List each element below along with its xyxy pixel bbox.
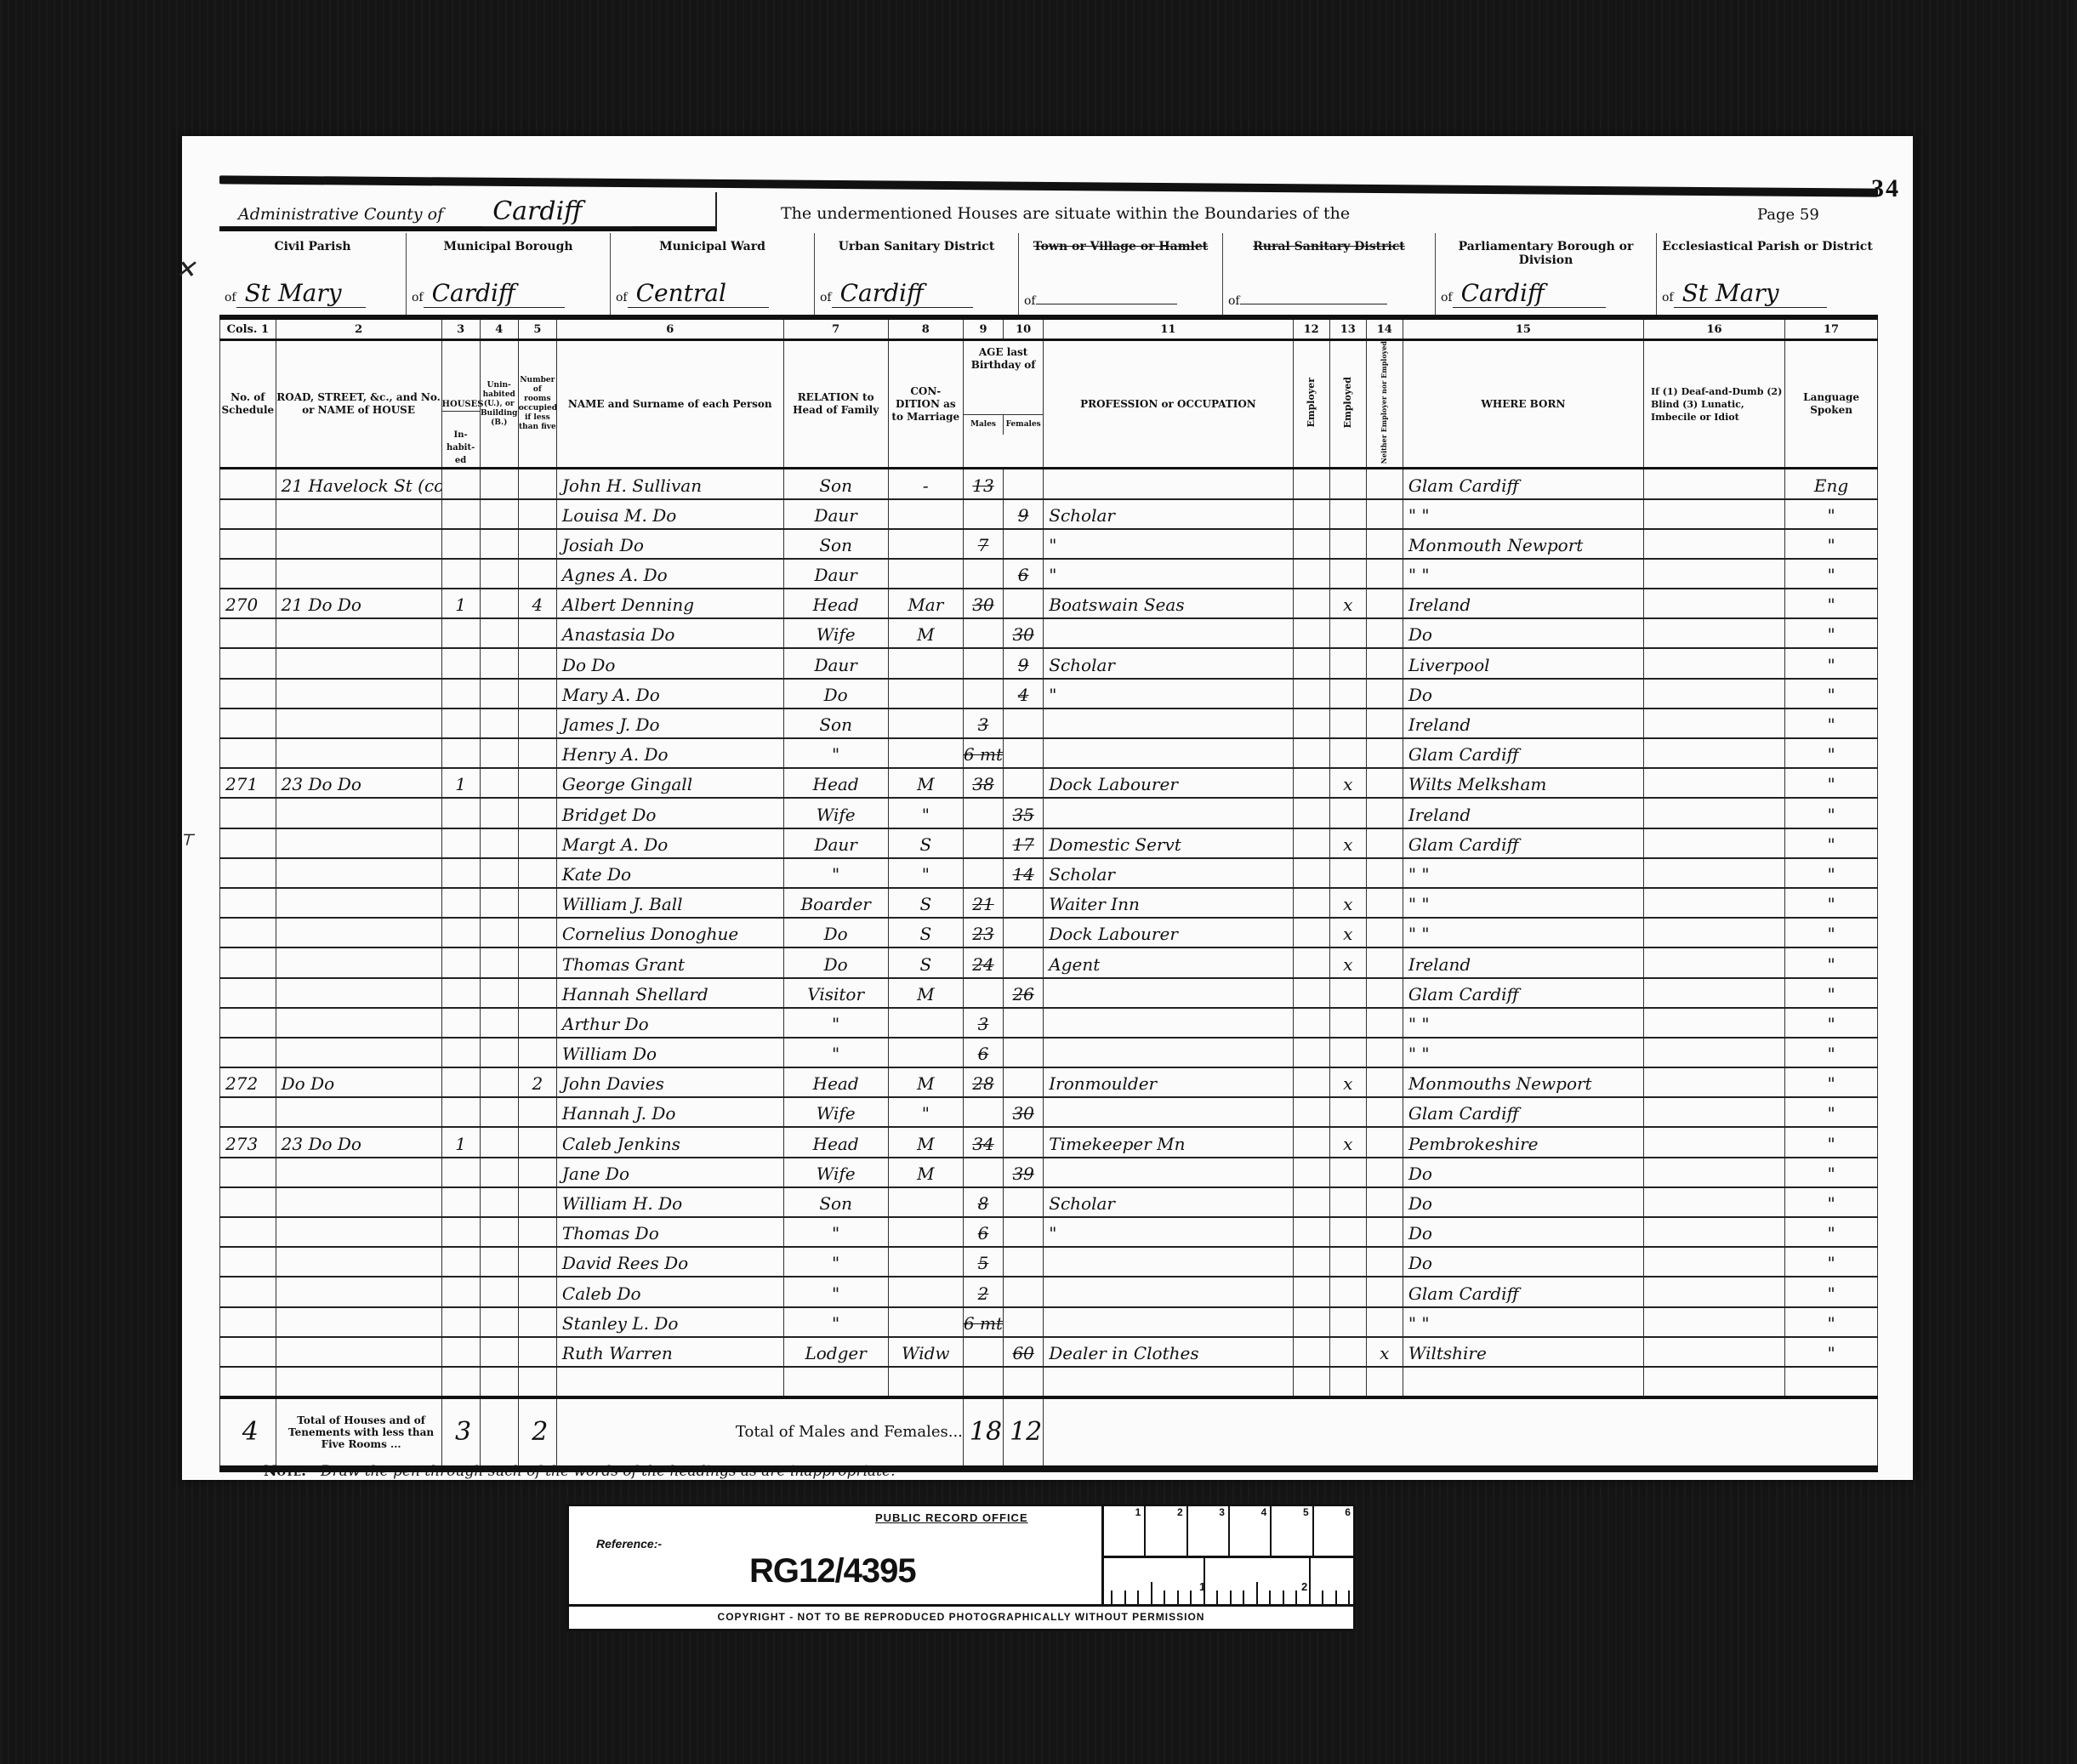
- column-headings: No. of Schedule ROAD, STREET, &c., and N…: [220, 340, 1878, 469]
- cell-employer: [1293, 1337, 1329, 1367]
- cell-address: Do Do: [276, 1067, 441, 1097]
- cell-age-m: 2: [963, 1277, 1003, 1306]
- division-parliamentary-borough-or-division: Parliamentary Borough or DivisionofCardi…: [1436, 233, 1657, 315]
- cell-schedule: [220, 708, 276, 738]
- cell-age-f: [1004, 1038, 1044, 1067]
- cell-where-born: Glam Cardiff: [1403, 828, 1643, 858]
- census-row: Hannah ShellardVisitorM26Glam Cardiff": [220, 978, 1878, 1008]
- cell-inhabited: [441, 679, 480, 708]
- cell-employer: [1293, 798, 1329, 828]
- division-of-label: of: [1441, 291, 1453, 304]
- heading-uninhabited: Unin-habited (U.), or Building (B.): [480, 340, 518, 469]
- cell-age-m: 6 mths: [963, 738, 1003, 768]
- cell-address: [276, 1337, 441, 1367]
- cell-name: Arthur Do: [556, 1008, 783, 1038]
- cell-neither: [1366, 1158, 1403, 1187]
- cell-employed: [1329, 1247, 1366, 1277]
- cell-age-m: [963, 828, 1003, 858]
- cell-name: Josiah Do: [556, 529, 783, 559]
- cell-infirmity: [1643, 1097, 1784, 1127]
- census-row: Kate Do""14Scholar" "": [220, 858, 1878, 888]
- cell-occupation: [1044, 798, 1293, 828]
- cell-where-born: Ireland: [1403, 798, 1643, 828]
- division-of-label: of: [225, 291, 236, 304]
- census-row: Arthur Do"3" "": [220, 1008, 1878, 1038]
- cell-inhabited: [441, 858, 480, 888]
- cell-name: George Gingall: [556, 768, 783, 798]
- cell-condition: ": [888, 858, 963, 888]
- cell-rooms: [518, 708, 556, 738]
- ruler-inch-mark: 1: [1199, 1580, 1205, 1593]
- cell-employed: x: [1329, 888, 1366, 918]
- census-row: Agnes A. DoDaur6"" "": [220, 559, 1878, 589]
- heading-schedule: No. of Schedule: [220, 340, 276, 469]
- cell-name: Jane Do: [556, 1158, 783, 1187]
- cell-schedule: 272: [220, 1067, 276, 1097]
- cell-language: ": [1785, 679, 1878, 708]
- cell-uninhabited: [480, 529, 518, 559]
- cell-schedule: [220, 1307, 276, 1337]
- heading-males: Males: [964, 415, 1004, 435]
- cell-schedule: [220, 559, 276, 589]
- cell-age-f: 14: [1004, 858, 1044, 888]
- cell-where-born: " ": [1403, 499, 1643, 529]
- cell-infirmity: [1643, 618, 1784, 648]
- heading-inhabited: HOUSESIn-habit-ed: [441, 340, 480, 469]
- heading-name: NAME and Surname of each Person: [556, 340, 783, 469]
- cell-neither: [1366, 888, 1403, 918]
- cell-where-born: Do: [1403, 618, 1643, 648]
- census-form: Administrative County of Cardiff The und…: [219, 182, 1878, 1458]
- cell-condition: M: [888, 768, 963, 798]
- cell-employer: [1293, 1187, 1329, 1217]
- cell-occupation: [1044, 618, 1293, 648]
- total-uninhabited: [480, 1397, 518, 1469]
- cell-age-m: 28: [963, 1067, 1003, 1097]
- census-row: Do DoDaur9ScholarLiverpool": [220, 648, 1878, 678]
- division-value-line: ofCardiff: [412, 279, 601, 308]
- cell-relation: ": [783, 1038, 888, 1067]
- cell-infirmity: [1643, 499, 1784, 529]
- cell-inhabited: [441, 529, 480, 559]
- column-number: 14: [1366, 320, 1403, 340]
- total-schedules: 4: [220, 1397, 276, 1469]
- cell-name: Stanley L. Do: [556, 1307, 783, 1337]
- division-ecclesiastical-parish-or-district: Ecclesiastical Parish or DistrictofSt Ma…: [1657, 233, 1878, 315]
- cell-language: [1785, 1367, 1878, 1397]
- cell-rooms: [518, 1367, 556, 1397]
- cell-condition: M: [888, 618, 963, 648]
- cell-age-m: 38: [963, 768, 1003, 798]
- cell-occupation: [1044, 1367, 1293, 1397]
- cell-condition: M: [888, 978, 963, 1008]
- cell-language: ": [1785, 499, 1878, 529]
- cell-schedule: [220, 858, 276, 888]
- cell-occupation: [1044, 708, 1293, 738]
- cell-relation: Daur: [783, 499, 888, 529]
- cell-uninhabited: [480, 1247, 518, 1277]
- cell-relation: Do: [783, 679, 888, 708]
- cell-occupation: Ironmoulder: [1044, 1067, 1293, 1097]
- cell-name: Cornelius Donoghue: [556, 918, 783, 947]
- cell-employed: [1329, 1367, 1366, 1397]
- cell-inhabited: [441, 469, 480, 499]
- cell-schedule: [220, 499, 276, 529]
- cell-schedule: [220, 798, 276, 828]
- cell-language: ": [1785, 1187, 1878, 1217]
- cell-relation: Wife: [783, 1158, 888, 1187]
- cell-address: [276, 708, 441, 738]
- cell-name: William J. Ball: [556, 888, 783, 918]
- cell-age-m: 6: [963, 1217, 1003, 1247]
- ruler-cm-mark: 3: [1188, 1506, 1230, 1556]
- cell-inhabited: 1: [441, 1127, 480, 1157]
- cell-relation: Son: [783, 708, 888, 738]
- cell-schedule: [220, 738, 276, 768]
- cell-employed: [1329, 648, 1366, 678]
- cell-age-m: 6: [963, 1038, 1003, 1067]
- division-label: Ecclesiastical Parish or District: [1657, 240, 1878, 253]
- cell-condition: S: [888, 947, 963, 977]
- cell-age-f: [1004, 589, 1044, 618]
- cell-employer: [1293, 469, 1329, 499]
- cell-address: [276, 1217, 441, 1247]
- cell-occupation: [1044, 1008, 1293, 1038]
- cell-occupation: ": [1044, 1217, 1293, 1247]
- cell-name: Bridget Do: [556, 798, 783, 828]
- cell-neither: [1366, 1187, 1403, 1217]
- cell-name: Thomas Do: [556, 1217, 783, 1247]
- administrative-county: Administrative County of Cardiff: [219, 192, 717, 231]
- cell-name: William Do: [556, 1038, 783, 1067]
- cell-rooms: [518, 1217, 556, 1247]
- cell-occupation: Boatswain Seas: [1044, 589, 1293, 618]
- cell-schedule: [220, 1187, 276, 1217]
- cell-address: [276, 798, 441, 828]
- cell-inhabited: [441, 1038, 480, 1067]
- heading-rooms: Number of rooms occupied if less than fi…: [518, 340, 556, 469]
- cell-name: James J. Do: [556, 708, 783, 738]
- cell-inhabited: [441, 828, 480, 858]
- page-number: Page 59: [1757, 206, 1819, 224]
- cell-inhabited: [441, 1067, 480, 1097]
- cell-neither: [1366, 978, 1403, 1008]
- census-row: [220, 1367, 1878, 1397]
- totals-blank: [1044, 1397, 1878, 1469]
- cell-occupation: ": [1044, 679, 1293, 708]
- cell-neither: [1366, 1277, 1403, 1306]
- cell-where-born: Do: [1403, 1158, 1643, 1187]
- column-number: 16: [1643, 320, 1784, 340]
- cell-language: ": [1785, 618, 1878, 648]
- census-row: Cornelius DonoghueDoS23Dock Labourerx" "…: [220, 918, 1878, 947]
- heading-infirmity: If (1) Deaf-and-Dumb (2) Blind (3) Lunat…: [1643, 340, 1784, 469]
- cell-condition: [888, 529, 963, 559]
- column-number: 6: [556, 320, 783, 340]
- division-value: St Mary: [1674, 279, 1828, 308]
- cell-condition: M: [888, 1158, 963, 1187]
- cell-rooms: [518, 499, 556, 529]
- cell-neither: [1366, 1247, 1403, 1277]
- cell-employed: [1329, 1217, 1366, 1247]
- cell-language: ": [1785, 828, 1878, 858]
- heading-employer-label: Employer: [1305, 378, 1317, 427]
- cell-employed: [1329, 1158, 1366, 1187]
- cell-occupation: Scholar: [1044, 1187, 1293, 1217]
- cell-employer: [1293, 1067, 1329, 1097]
- cell-age-f: [1004, 1247, 1044, 1277]
- cell-age-f: [1004, 708, 1044, 738]
- cell-employer: [1293, 1217, 1329, 1247]
- census-table: Cols. 1234567891011121314151617 No. of S…: [219, 320, 1878, 1472]
- cell-infirmity: [1643, 1247, 1784, 1277]
- cell-rooms: [518, 768, 556, 798]
- cell-uninhabited: [480, 679, 518, 708]
- cell-infirmity: [1643, 1217, 1784, 1247]
- cell-address: [276, 1187, 441, 1217]
- ruler-cm-mark: 4: [1230, 1506, 1272, 1556]
- cell-employed: x: [1329, 768, 1366, 798]
- cell-occupation: Agent: [1044, 947, 1293, 977]
- cell-neither: [1366, 1367, 1403, 1397]
- cell-name: Mary A. Do: [556, 679, 783, 708]
- cell-relation: Do: [783, 918, 888, 947]
- cell-relation: Daur: [783, 828, 888, 858]
- scale-ruler: 123456 12: [1101, 1506, 1356, 1606]
- cell-language: ": [1785, 708, 1878, 738]
- cell-inhabited: [441, 1307, 480, 1337]
- cell-occupation: ": [1044, 529, 1293, 559]
- census-row: Thomas GrantDoS24AgentxIreland": [220, 947, 1878, 977]
- cell-age-f: [1004, 768, 1044, 798]
- cell-neither: [1366, 1008, 1403, 1038]
- cell-inhabited: [441, 978, 480, 1008]
- cell-neither: [1366, 648, 1403, 678]
- cell-address: [276, 1008, 441, 1038]
- cell-condition: [888, 559, 963, 589]
- cell-uninhabited: [480, 1008, 518, 1038]
- cell-age-m: [963, 1367, 1003, 1397]
- cell-occupation: Domestic Servt: [1044, 828, 1293, 858]
- ruler-inches: 12: [1104, 1558, 1356, 1606]
- cell-neither: [1366, 1127, 1403, 1157]
- cell-occupation: [1044, 1307, 1293, 1337]
- cell-neither: [1366, 947, 1403, 977]
- cell-age-f: [1004, 1307, 1044, 1337]
- division-value: Cardiff: [1453, 279, 1606, 308]
- cell-name: [556, 1367, 783, 1397]
- cell-employed: [1329, 1307, 1366, 1337]
- cell-rooms: [518, 1277, 556, 1306]
- division-value-line: ofCentral: [616, 279, 805, 308]
- cell-name: John Davies: [556, 1067, 783, 1097]
- division-of-label: of: [1662, 291, 1674, 304]
- cell-infirmity: [1643, 947, 1784, 977]
- cell-uninhabited: [480, 738, 518, 768]
- cell-language: ": [1785, 1038, 1878, 1067]
- cell-neither: [1366, 1307, 1403, 1337]
- cell-uninhabited: [480, 828, 518, 858]
- heading-relation: RELATION to Head of Family: [783, 340, 888, 469]
- cell-rooms: [518, 1158, 556, 1187]
- division-of-label: of: [1024, 294, 1036, 308]
- cell-uninhabited: [480, 947, 518, 977]
- cell-where-born: Glam Cardiff: [1403, 1277, 1643, 1306]
- cell-occupation: [1044, 1158, 1293, 1187]
- census-row: Josiah DoSon7"Monmouth Newport": [220, 529, 1878, 559]
- ruler-cm-mark: 5: [1272, 1506, 1313, 1556]
- cell-age-f: 35: [1004, 798, 1044, 828]
- cell-address: [276, 858, 441, 888]
- cell-employer: [1293, 1097, 1329, 1127]
- cell-employer: [1293, 858, 1329, 888]
- cell-uninhabited: [480, 1307, 518, 1337]
- cell-condition: [888, 1307, 963, 1337]
- cell-occupation: Dock Labourer: [1044, 768, 1293, 798]
- cell-infirmity: [1643, 828, 1784, 858]
- cell-inhabited: [441, 618, 480, 648]
- cell-neither: [1366, 679, 1403, 708]
- cell-condition: [888, 1277, 963, 1306]
- cell-condition: M: [888, 1067, 963, 1097]
- cell-neither: [1366, 828, 1403, 858]
- cell-relation: Daur: [783, 648, 888, 678]
- cell-employer: [1293, 1247, 1329, 1277]
- cell-infirmity: [1643, 708, 1784, 738]
- cell-schedule: [220, 978, 276, 1008]
- census-row: Margt A. DoDaurS17Domestic ServtxGlam Ca…: [220, 828, 1878, 858]
- census-row: William Do"6" "": [220, 1038, 1878, 1067]
- cell-relation: ": [783, 1277, 888, 1306]
- cell-inhabited: [441, 798, 480, 828]
- cell-relation: Boarder: [783, 888, 888, 918]
- cell-neither: [1366, 858, 1403, 888]
- ruler-cm-mark: 1: [1104, 1506, 1146, 1556]
- division-municipal-borough: Municipal BoroughofCardiff: [407, 233, 611, 315]
- cell-employer: [1293, 1277, 1329, 1306]
- cell-where-born: Monmouth Newport: [1403, 529, 1643, 559]
- column-number: 5: [518, 320, 556, 340]
- cell-uninhabited: [480, 918, 518, 947]
- heading-language: Language Spoken: [1785, 340, 1878, 469]
- cell-rooms: [518, 679, 556, 708]
- cell-rooms: [518, 918, 556, 947]
- cell-uninhabited: [480, 559, 518, 589]
- cell-language: Eng: [1785, 469, 1878, 499]
- cell-infirmity: [1643, 798, 1784, 828]
- cell-age-f: [1004, 1217, 1044, 1247]
- cell-employer: [1293, 679, 1329, 708]
- cell-language: ": [1785, 798, 1878, 828]
- reference-number: RG12/4395: [749, 1552, 916, 1590]
- cell-rooms: [518, 1337, 556, 1367]
- cell-name: Hannah J. Do: [556, 1097, 783, 1127]
- cell-relation: ": [783, 1008, 888, 1038]
- cell-inhabited: [441, 559, 480, 589]
- column-number: 11: [1044, 320, 1293, 340]
- cell-employed: [1329, 858, 1366, 888]
- cell-uninhabited: [480, 648, 518, 678]
- cell-inhabited: [441, 708, 480, 738]
- census-row: 21 Havelock St (cont)John H. SullivanSon…: [220, 469, 1878, 499]
- cell-address: [276, 1307, 441, 1337]
- cell-where-born: " ": [1403, 918, 1643, 947]
- cell-neither: [1366, 918, 1403, 947]
- cell-age-m: [963, 499, 1003, 529]
- cell-age-f: 9: [1004, 648, 1044, 678]
- cell-name: Hannah Shellard: [556, 978, 783, 1008]
- cell-inhabited: [441, 947, 480, 977]
- census-row: James J. DoSon3Ireland": [220, 708, 1878, 738]
- cell-language: ": [1785, 888, 1878, 918]
- column-number: 2: [276, 320, 441, 340]
- division-value-line: of: [1024, 294, 1214, 308]
- cell-age-m: 21: [963, 888, 1003, 918]
- census-row: David Rees Do"5Do": [220, 1247, 1878, 1277]
- cell-name: Albert Denning: [556, 589, 783, 618]
- cell-relation: ": [783, 1217, 888, 1247]
- cell-age-f: [1004, 1187, 1044, 1217]
- division-label: Town or Village or Hamlet: [1019, 240, 1222, 253]
- cell-occupation: Scholar: [1044, 648, 1293, 678]
- cell-address: [276, 1247, 441, 1277]
- cell-relation: ": [783, 738, 888, 768]
- cell-rooms: 2: [518, 1067, 556, 1097]
- cell-neither: [1366, 1097, 1403, 1127]
- census-row: Ruth WarrenLodgerWidw60Dealer in Clothes…: [220, 1337, 1878, 1367]
- cell-where-born: " ": [1403, 1307, 1643, 1337]
- cell-where-born: Ireland: [1403, 708, 1643, 738]
- cell-where-born: Do: [1403, 679, 1643, 708]
- column-number: 17: [1785, 320, 1878, 340]
- total-mf-label: Total of Males and Females...: [556, 1397, 963, 1469]
- cell-where-born: " ": [1403, 1038, 1643, 1067]
- cell-employed: [1329, 469, 1366, 499]
- cell-infirmity: [1643, 888, 1784, 918]
- cell-where-born: " ": [1403, 1008, 1643, 1038]
- column-number: Cols. 1: [220, 320, 276, 340]
- cell-age-f: [1004, 1127, 1044, 1157]
- cell-uninhabited: [480, 1337, 518, 1367]
- cell-where-born: " ": [1403, 559, 1643, 589]
- cell-employed: [1329, 1008, 1366, 1038]
- cell-schedule: [220, 618, 276, 648]
- division-row: Civil ParishofSt MaryMunicipal Boroughof…: [219, 233, 1878, 320]
- cell-employed: x: [1329, 1127, 1366, 1157]
- cell-name: Caleb Jenkins: [556, 1127, 783, 1157]
- cell-uninhabited: [480, 1277, 518, 1306]
- cell-employer: [1293, 828, 1329, 858]
- cell-condition: S: [888, 918, 963, 947]
- margin-tick-mark: ✕: [174, 255, 196, 285]
- cell-schedule: [220, 947, 276, 977]
- cell-uninhabited: [480, 469, 518, 499]
- cell-relation: [783, 1367, 888, 1397]
- cell-rooms: [518, 1097, 556, 1127]
- cell-age-f: [1004, 1067, 1044, 1097]
- cell-uninhabited: [480, 1127, 518, 1157]
- cell-inhabited: [441, 1097, 480, 1127]
- cell-relation: ": [783, 1307, 888, 1337]
- cell-schedule: [220, 648, 276, 678]
- cell-age-m: 5: [963, 1247, 1003, 1277]
- heading-houses: HOUSES: [442, 398, 480, 412]
- cell-language: ": [1785, 947, 1878, 977]
- cell-infirmity: [1643, 679, 1784, 708]
- cell-age-f: [1004, 1277, 1044, 1306]
- cell-infirmity: [1643, 1008, 1784, 1038]
- cell-condition: [888, 1008, 963, 1038]
